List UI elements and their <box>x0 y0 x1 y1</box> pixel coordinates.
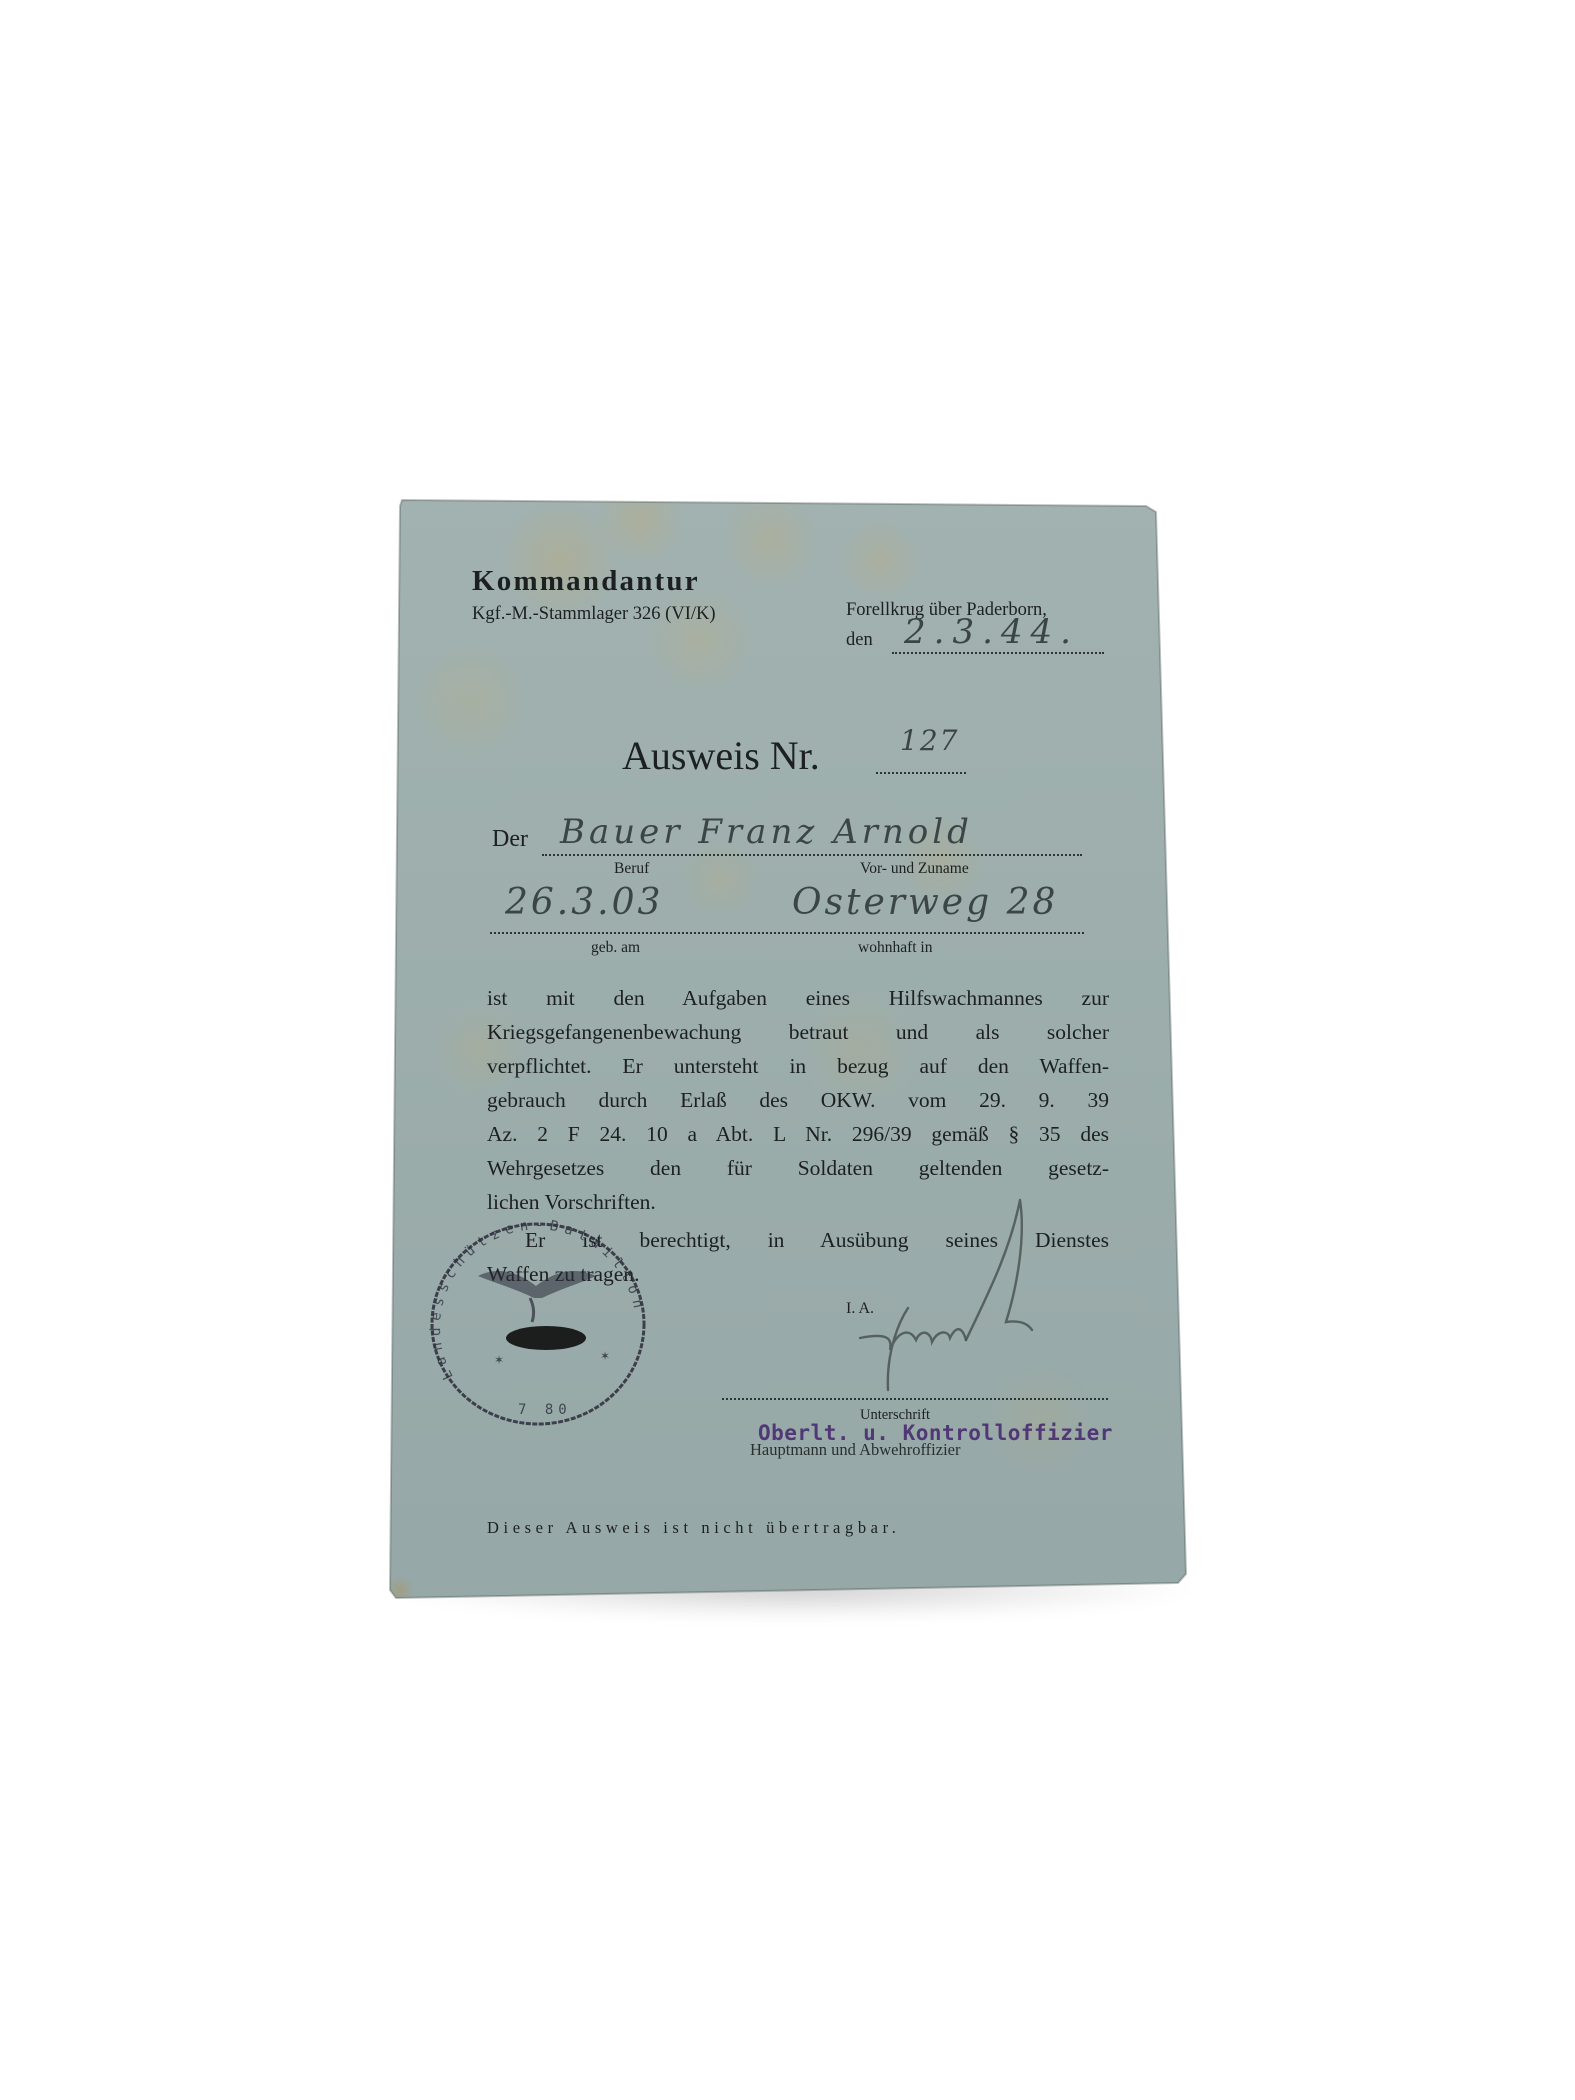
residence: Osterweg 28 <box>792 882 1058 923</box>
signer-role-stamp: Oberlt. u. Kontrolloffizier <box>758 1421 1113 1445</box>
id-card <box>0 0 1575 2100</box>
svg-text:✶: ✶ <box>494 1353 504 1367</box>
name-label: Vor- und Zuname <box>860 860 969 878</box>
body-line: Az. 2 F 24. 10 a Abt. L Nr. 296/39 gemäß… <box>487 1122 1109 1147</box>
body-line: verpflichtet. Er untersteht in bezug auf… <box>487 1054 1109 1079</box>
document-number: 127 <box>900 724 959 757</box>
body-line: gebrauch durch Erlaß des OKW. vom 29. 9.… <box>487 1088 1109 1113</box>
office-subtitle: Kgf.-M.-Stammlager 326 (VI/K) <box>472 604 716 625</box>
birth-date: 26.3.03 <box>505 882 663 923</box>
holder-name: Bauer Franz Arnold <box>560 812 973 852</box>
body-line: Wehrgesetzes den für Soldaten geltenden … <box>487 1156 1109 1181</box>
document-title: Ausweis Nr. <box>622 732 820 779</box>
body-line: lichen Vorschriften. <box>487 1190 656 1215</box>
date-dotted-line <box>892 652 1104 654</box>
body-line: Kriegsgefangenenbewachung betraut und al… <box>487 1020 1109 1045</box>
occupation-label: Beruf <box>614 860 649 878</box>
date-value: 2.3.44. <box>904 612 1079 652</box>
body-line: ist mit den Aufgaben eines Hilfswachmann… <box>487 986 1109 1011</box>
photo-stage: Kommandantur Kgf.-M.-Stammlager 326 (VI/… <box>0 0 1575 2100</box>
svg-text:✶: ✶ <box>600 1349 610 1363</box>
svg-text:Landesschützen-Bataillon: Landesschützen-Bataillon <box>428 1217 647 1382</box>
birth-residence-dotted-line <box>490 932 1084 934</box>
office-title: Kommandantur <box>472 565 700 598</box>
date-label: den <box>846 630 873 651</box>
footer-note: Dieser Ausweis ist nicht übertragbar. <box>487 1518 901 1538</box>
birth-label: geb. am <box>591 939 640 957</box>
stamp-bottom-text: 7 80 <box>518 1402 572 1418</box>
name-dotted-line <box>542 854 1082 856</box>
number-dotted-line <box>876 772 966 774</box>
handwritten-signature <box>820 1180 1120 1410</box>
signature-dotted-line <box>722 1398 1108 1400</box>
stamp-outer-text: Landesschützen-Bataillon <box>428 1217 647 1382</box>
residence-label: wohnhaft in <box>858 939 932 957</box>
holder-prefix: Der <box>492 826 528 853</box>
official-stamp: Landesschützen-Bataillon ✶ ✶ 7 80 <box>418 1214 658 1432</box>
